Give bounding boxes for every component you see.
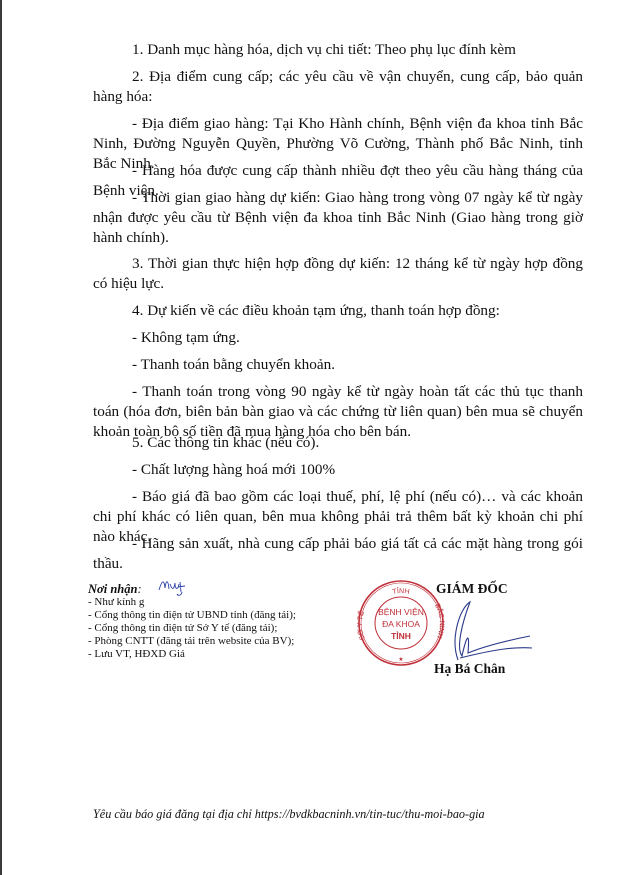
official-stamp-icon: TỈNH SỞ Y TẾ BẮC NINH BỆNH VIỆN ĐA KHOA … xyxy=(357,577,445,669)
signer-name: Hạ Bá Chân xyxy=(434,661,505,677)
item-1-goods-list: 1. Danh mục hàng hóa, dịch vụ chi tiết: … xyxy=(93,40,583,60)
recipient-item: - Phòng CNTT (đăng tải trên website của … xyxy=(88,635,296,648)
signer-position: GIÁM ĐỐC xyxy=(436,581,508,597)
document-page: 1. Danh mục hàng hóa, dịch vụ chi tiết: … xyxy=(0,0,635,875)
item-3-contract-duration: 3. Thời gian thực hiện hợp đồng dự kiến:… xyxy=(93,254,583,294)
svg-text:TỈNH: TỈNH xyxy=(392,586,410,596)
svg-text:★: ★ xyxy=(398,656,403,663)
no-advance: - Không tạm ứng. xyxy=(93,328,583,348)
recipient-item: - Cổng thông tin điện tử UBND tỉnh (đăng… xyxy=(88,609,296,622)
recipient-item: - Lưu VT, HĐXD Giá xyxy=(88,648,296,661)
recipient-item: - Như kính g xyxy=(88,596,296,609)
quote-all-items: - Hãng sản xuất, nhà cung cấp phải báo g… xyxy=(93,534,583,574)
item-2-delivery-location: 2. Địa điểm cung cấp; các yêu cầu về vận… xyxy=(93,67,583,107)
recipients-title: Nơi nhận: xyxy=(88,582,296,596)
svg-text:ĐA KHOA: ĐA KHOA xyxy=(382,619,420,629)
recipients-block: Nơi nhận: - Như kính g - Cổng thông tin … xyxy=(88,582,296,661)
quality-new-100: - Chất lượng hàng hoá mới 100% xyxy=(93,460,583,480)
svg-text:BỆNH VIỆN: BỆNH VIỆN xyxy=(378,607,424,617)
item-4-payment-terms: 4. Dự kiến về các điều khoản tạm ứng, th… xyxy=(93,301,583,321)
handwritten-signature-icon xyxy=(440,598,540,668)
recipient-item: - Cổng thông tin điện tử Sở Y tế (đăng t… xyxy=(88,622,296,635)
svg-text:SỞ Y TẾ: SỞ Y TẾ xyxy=(357,609,367,641)
initials-signature-icon xyxy=(156,576,190,598)
delivery-time: - Thời gian giao hàng dự kiến: Giao hàng… xyxy=(93,188,583,248)
bank-transfer: - Thanh toán bằng chuyển khoản. xyxy=(93,355,583,375)
footer-note: Yêu cầu báo giá đăng tại địa chỉ https:/… xyxy=(93,807,485,822)
item-5-other-info: 5. Các thông tin khác (nếu có). xyxy=(93,433,583,453)
svg-text:TỈNH: TỈNH xyxy=(391,630,411,641)
